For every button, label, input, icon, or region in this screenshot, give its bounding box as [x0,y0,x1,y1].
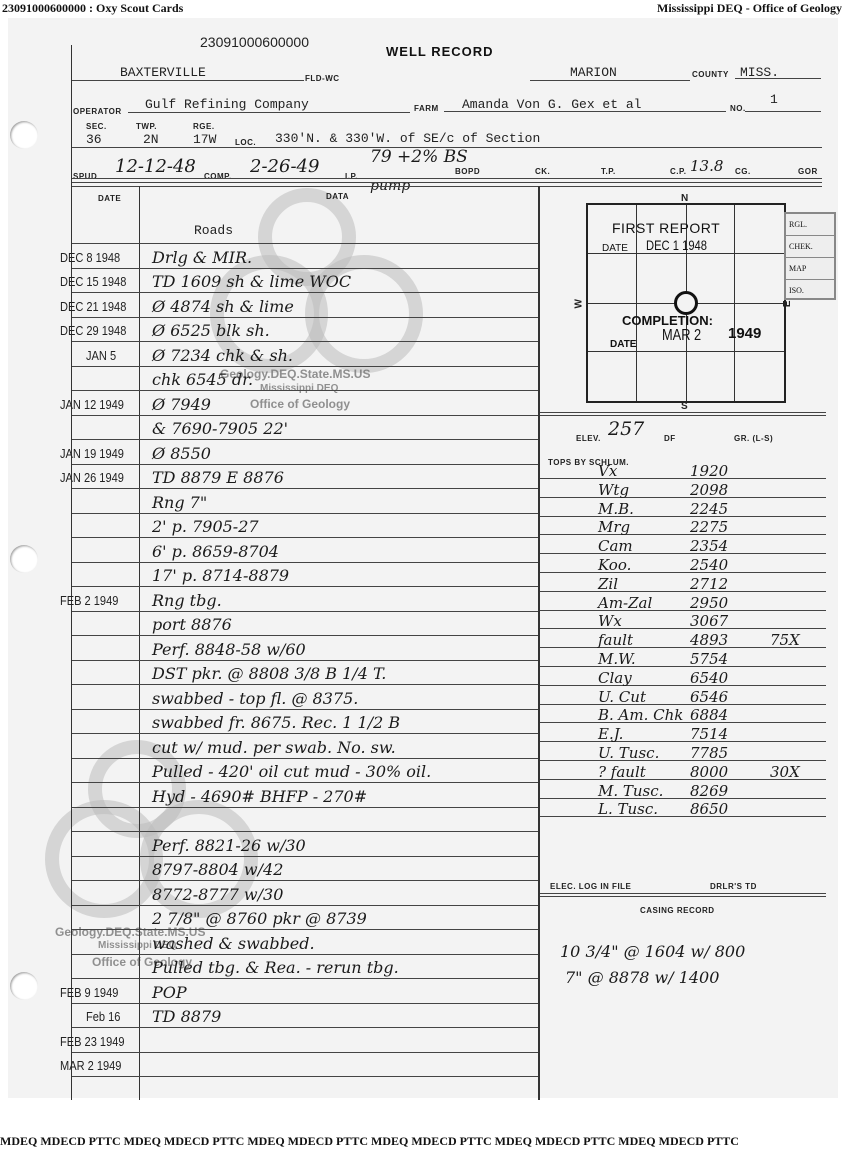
gor-label: GOR [798,167,818,176]
date-column-divider [139,186,140,1100]
df-label: DF [664,434,676,443]
agency-title: Mississippi DEQ - Office of Geology [657,1,842,16]
log-entry: washed & swabbed. [152,934,315,953]
log-row-divider [72,464,538,465]
completion-date-label: DATE [610,339,636,350]
top-formation-name: L. Tusc. [598,800,658,818]
page-title: WELL RECORD [386,44,494,59]
log-entry: port 8876 [152,615,232,634]
top-depth: 2354 [690,537,728,555]
top-formation-name: B. Am. Chk [598,706,683,724]
completion-year: 1949 [728,325,761,342]
log-row-divider [72,1052,538,1053]
top-formation-name: U. Cut [598,688,646,706]
data-column-header: DATA [326,192,349,201]
log-entry: Pulled - 420' oil cut mud - 30% oil. [152,762,431,781]
top-depth: 2245 [690,500,728,518]
top-depth: 2712 [690,575,728,593]
log-entry: 2' p. 7905-27 [152,517,259,536]
top-depth: 8000 [690,763,728,781]
log-date: DEC 8 1948 [60,250,120,265]
top-formation-name: fault [598,631,633,649]
log-row-divider [72,317,538,318]
top-note: 30X [770,763,800,781]
log-entry: Ø 4874 sh & lime [152,297,294,316]
log-row-divider [72,366,538,367]
top-formation-name: E.J. [598,725,623,743]
log-date: JAN 19 1949 [60,446,124,461]
location-map: FIRST REPORT DATE DEC 1 1948 COMPLETION:… [586,203,786,403]
county-value: MARION [570,65,617,80]
log-row-divider [72,292,538,293]
drlr-td-label: DRLR'S TD [710,882,757,891]
log-date: JAN 12 1949 [60,397,124,412]
log-row-divider [72,243,538,244]
log-date: JAN 26 1949 [60,470,124,485]
bopd-label: BOPD [455,167,480,176]
log-row-divider [72,439,538,440]
log-row-divider [72,978,538,979]
log-row-divider [72,831,538,832]
log-date: Feb 16 [86,1009,120,1024]
log-row-divider [72,611,538,612]
ck-label: CK. [535,167,550,176]
log-entry: TD 1609 sh & lime WOC [152,272,351,291]
top-depth: 8269 [690,782,728,800]
top-formation-name: U. Tusc. [598,744,659,762]
cg-label: CG. [735,167,751,176]
top-depth: 6540 [690,669,728,687]
rge-value: 17W [193,132,216,147]
log-date: DEC 15 1948 [60,274,126,289]
log-entry: swabbed - top fl. @ 8375. [152,689,358,708]
twp-value: 2N [143,132,159,147]
loc-value: 330'N. & 330'W. of SE/c of Section [275,131,540,146]
operator-label: OPERATOR [73,107,122,116]
field-value: BAXTERVILLE [120,65,206,80]
card-left-border [71,45,72,1100]
log-row-divider [72,929,538,930]
top-formation-name: Wx [598,612,622,630]
operator-value: Gulf Refining Company [145,97,309,112]
spud-value: 12-12-48 [115,156,196,177]
field-label: FLD-WC [305,74,340,83]
header-bar: 23091000600000 : Oxy Scout Cards Mississ… [0,0,846,18]
elev-label: ELEV. [576,434,601,443]
log-entry: Ø 7949 [152,395,211,414]
log-row-divider [72,635,538,636]
well-no-value: 1 [770,92,778,107]
log-entry: DST pkr. @ 8808 3/8 B 1/4 T. [152,664,386,683]
log-entry: POP [152,983,187,1002]
log-entry: TD 8879 [152,1007,221,1026]
gr-label: GR. (L-S) [734,434,773,443]
top-depth: 2275 [690,518,728,536]
top-formation-name: Koo. [598,556,631,574]
watermark-text: Office of Geology [250,397,350,411]
punch-hole [10,545,38,573]
log-entry: Ø 8550 [152,444,211,463]
log-date: JAN 5 [86,348,116,363]
log-date: FEB 2 1949 [60,593,118,608]
log-row-divider [72,562,538,563]
loc-label: LOC. [235,138,256,147]
top-formation-name: Clay [598,669,632,687]
log-row-divider [72,586,538,587]
log-entry: Perf. 8821-26 w/30 [152,836,306,855]
completion-stamp: COMPLETION: [622,313,713,328]
log-entry: Pulled tbg. & Rea. - rerun tbg. [152,958,399,977]
log-entry: Drlg & MIR. [152,248,252,267]
log-date: FEB 23 1949 [60,1034,125,1049]
top-depth: 1920 [690,462,728,480]
top-formation-name: Zil [598,575,618,593]
panel-divider [538,186,540,1100]
top-depth: 2540 [690,556,728,574]
casing-row: 7" @ 8878 w/ 1400 [565,968,719,987]
spud-label: SPUD [73,172,97,181]
twp-label: TWP. [136,122,157,131]
log-row-divider [72,905,538,906]
log-entry: Hyd - 4690# BHFP - 270# [152,787,367,806]
map-west-label: W [573,299,584,309]
log-row-divider [72,856,538,857]
top-formation-name: Cam [598,537,633,555]
no-label: NO. [730,104,746,113]
log-date: FEB 9 1949 [60,985,118,1000]
log-row-divider [72,415,538,416]
log-row-divider [72,782,538,783]
rge-label: RGE. [193,122,215,131]
log-row-divider [72,1027,538,1028]
comp-value: 2-26-49 [250,156,319,177]
well-location-circle-icon [674,291,698,315]
log-entry: 8797-8804 w/42 [152,860,283,879]
county-label: COUNTY [692,70,729,79]
log-entry: TD 8879 E 8876 [152,468,284,487]
log-date: DEC 21 1948 [60,299,126,314]
api-number: 23091000600000 [200,34,309,50]
sec-value: 36 [86,132,102,147]
log-row-divider [72,390,538,391]
log-entry: cut w/ mud. per swab. No. sw. [152,738,396,757]
elec-log-label: ELEC. LOG IN FILE [550,882,631,891]
log-entry: Rng 7" [152,493,207,512]
log-row-divider [72,341,538,342]
completion-date: MAR 2 [662,327,701,345]
log-row-divider [72,1076,538,1077]
footer-bar: MDEQ MDECD PTTC MDEQ MDECD PTTC MDEQ MDE… [0,1134,846,1149]
log-row-divider [72,660,538,661]
top-note: 75X [770,631,800,649]
top-depth: 4893 [690,631,728,649]
date-column-header: DATE [98,194,121,203]
cp-label: C.P. [670,167,687,176]
log-row-divider [72,537,538,538]
log-entry: Ø 6525 blk sh. [152,321,270,340]
first-report-stamp: FIRST REPORT [612,220,720,236]
top-depth: 6546 [690,688,728,706]
log-entry: 8772-8777 w/30 [152,885,283,904]
top-formation-name: Am-Zal [598,594,652,612]
log-date: DEC 29 1948 [60,323,126,338]
review-stamp-box: RGL. CHEK. MAP ISO. [784,212,836,300]
first-report-date-label: DATE [602,243,628,254]
top-depth: 5754 [690,650,728,668]
top-formation-name: M.W. [598,650,636,668]
watermark-text: Mississippi DEQ [260,383,338,394]
top-depth: 7514 [690,725,728,743]
ip-label: I.P. [345,172,358,181]
punch-hole [10,972,38,1000]
top-formation-name: ? fault [598,763,646,781]
top-formation-name: M. Tusc. [598,782,663,800]
top-formation-name: Vx [598,462,617,480]
log-row-divider [72,1003,538,1004]
log-row-divider [72,807,538,808]
log-row-divider [72,954,538,955]
log-row-divider [72,880,538,881]
farm-value: Amanda Von G. Gex et al [462,97,641,112]
map-south-label: S [681,401,688,412]
top-depth: 2098 [690,481,728,499]
top-depth: 3067 [690,612,728,630]
casing-record-label: CASING RECORD [640,906,715,915]
cp-value: 13.8 [690,157,723,175]
first-report-date: DEC 1 1948 [646,237,707,253]
log-row-divider [72,709,538,710]
log-entry: 6' p. 8659-8704 [152,542,279,561]
log-entry: Ø 7234 chk & sh. [152,346,293,365]
log-date: MAR 2 1949 [60,1058,121,1073]
log-row-divider [72,513,538,514]
record-title: 23091000600000 : Oxy Scout Cards [2,1,183,16]
top-depth: 8650 [690,800,728,818]
log-row-divider [72,733,538,734]
log-entry: Perf. 8848-58 w/60 [152,640,306,659]
log-entry: chk 6545 dr. [152,370,253,389]
top-formation-name: M.B. [598,500,634,518]
log-row-divider [72,758,538,759]
log-row-divider [72,268,538,269]
top-depth: 2950 [690,594,728,612]
punch-hole [10,121,38,149]
elev-value: 257 [608,418,644,440]
log-row-divider [72,684,538,685]
comp-label: COMP. [204,172,232,181]
top-depth: 6884 [690,706,728,724]
top-formation-name: Wtg [598,481,629,499]
sec-label: SEC. [86,122,107,131]
log-entry: Rng tbg. [152,591,222,610]
top-depth: 7785 [690,744,728,762]
farm-label: FARM [414,104,439,113]
log-entry: Roads [194,223,233,238]
ip-value: 79 +2% BS [370,147,468,167]
log-entry: 2 7/8" @ 8760 pkr @ 8739 [152,909,367,928]
log-row-divider [72,488,538,489]
casing-row: 10 3/4" @ 1604 w/ 800 [560,942,745,961]
log-entry: & 7690-7905 22' [152,419,288,438]
log-entry: swabbed fr. 8675. Rec. 1 1/2 B [152,713,400,732]
top-formation-name: Mrg [598,518,630,536]
tp-label: T.P. [601,167,616,176]
log-entry: 17' p. 8714-8879 [152,566,289,585]
